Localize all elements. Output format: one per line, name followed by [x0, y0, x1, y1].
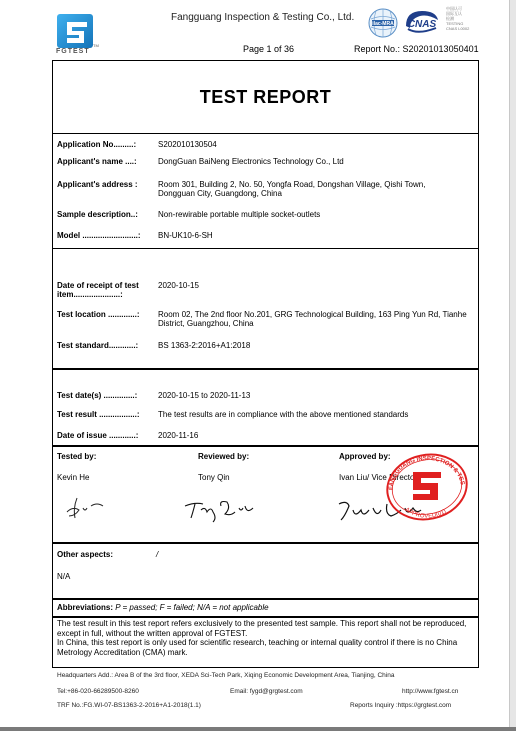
notice-section: The test result in this test report refe… — [52, 616, 479, 668]
test-info-section: Date of receipt of test item............… — [52, 248, 479, 370]
footer-trf-no: TRF No.:FG.WI-07-BS1363-2-2016+A1-2018(1… — [57, 702, 201, 709]
trademark: TM — [93, 43, 99, 48]
footer-tel: Tel:+86-020-66289500-8260 — [57, 688, 139, 695]
notice-text: The test result in this test report refe… — [57, 619, 477, 657]
test-result-section: Test date(s) ..............: 2020-10-15 … — [52, 368, 479, 447]
ilac-mra-logo-icon: ilac-MRA — [368, 8, 398, 38]
page-bottom-edge — [0, 727, 516, 731]
abbreviations-line: Abbreviations: P = passed; F = failed; N… — [57, 603, 269, 612]
other-aspects-value: N/A — [57, 572, 70, 581]
svg-text:CNAS: CNAS — [408, 19, 437, 30]
viewer-scrollbar-track[interactable] — [509, 0, 516, 731]
applicant-section: Application No.........: S202010130504 A… — [52, 133, 479, 249]
document-page: FGTEST TM Fangguang Inspection & Testing… — [0, 0, 510, 727]
page-title: TEST REPORT — [53, 87, 478, 108]
tested-by-label: Tested by: — [57, 452, 96, 461]
approval-stamp-icon: FANGGUANG INSPECTION & TESTING CO.,LTD. … — [383, 450, 469, 522]
abbreviations-section: Abbreviations: P = passed; F = failed; N… — [52, 598, 479, 618]
footer-email[interactable]: Email: fygd@grgtest.com — [230, 688, 303, 695]
tested-by-name: Kevin He — [57, 473, 89, 482]
reviewed-by-name: Tony Qin — [198, 473, 230, 482]
footer-headquarters: Headquarters Add.: Area B of the 3rd flo… — [57, 672, 394, 679]
tony-signature-icon — [183, 496, 263, 524]
other-aspects-marker: / — [156, 550, 158, 559]
report-number: Report No.: S20201013050401 — [354, 44, 479, 54]
cnas-logo-icon: CNAS — [404, 8, 440, 36]
other-aspects-label: Other aspects: — [57, 550, 113, 559]
footer-reports-inquiry[interactable]: Reports Inquiry :https://grgtest.com — [350, 702, 451, 709]
other-aspects-section: Other aspects: / N/A — [52, 542, 479, 600]
company-name: Fangguang Inspection & Testing Co., Ltd. — [171, 12, 354, 23]
footer-website[interactable]: http://www.fgtest.cn — [402, 688, 458, 695]
logo-text: FGTEST — [56, 48, 90, 55]
page-number: Page 1 of 36 — [243, 44, 294, 54]
cnas-accreditation-text: 中国认可 国际互认 检测 TESTING CNAS L0002 — [446, 6, 486, 31]
svg-text:ilac-MRA: ilac-MRA — [372, 21, 394, 27]
kevin-signature-icon — [63, 494, 111, 522]
title-box: TEST REPORT — [52, 60, 479, 134]
reviewed-by-label: Reviewed by: — [198, 452, 249, 461]
